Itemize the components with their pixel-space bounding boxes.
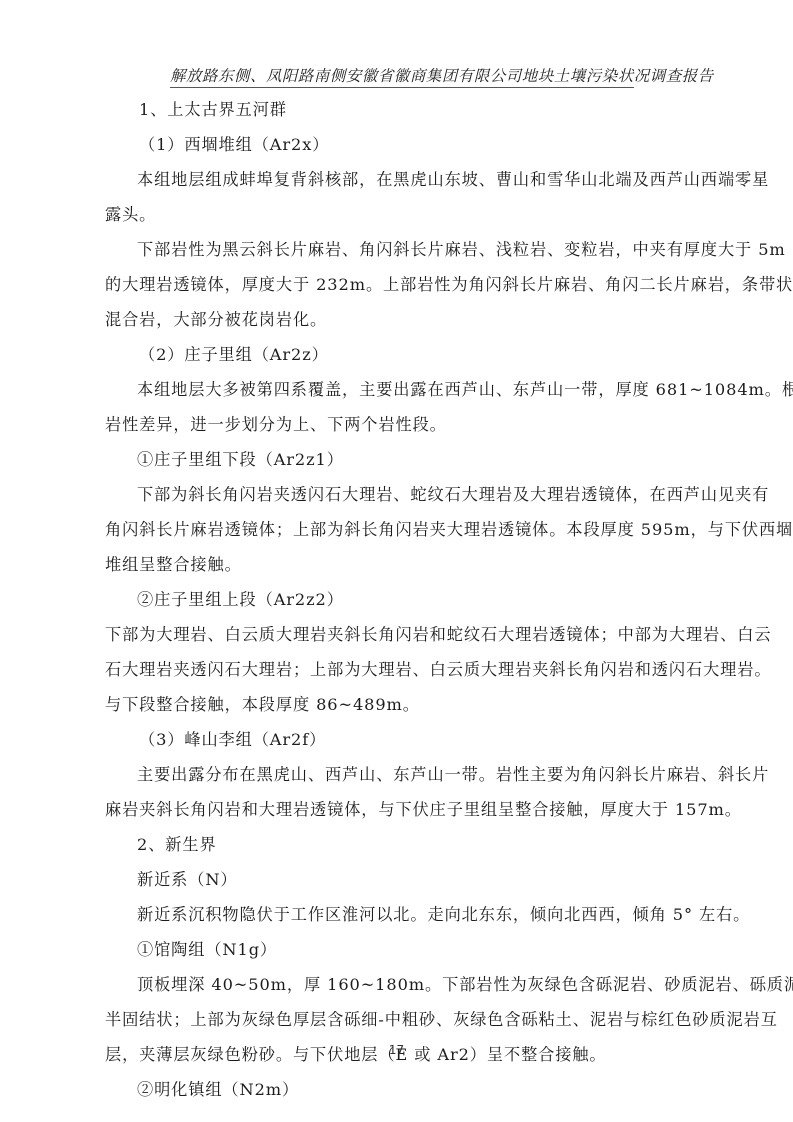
heading-fengshanli: （3）峰山李组（Ar2f） (139, 730, 326, 750)
heading-neogene: 新近系（N） (137, 870, 238, 890)
paragraph-line: 下部为斜长角闪岩夹透闪石大理岩、蛇纹石大理岩及大理岩透镜体，在西芦山见夹有 (137, 485, 769, 505)
paragraph-line: 角闪斜长片麻岩透镜体；上部为斜长角闪岩夹大理岩透镜体。本段厚度 595m，与下伏… (105, 520, 793, 540)
paragraph-line: 的大理岩透镜体，厚度大于 232m。上部岩性为角闪斜长片麻岩、角闪二长片麻岩，条… (105, 275, 793, 295)
heading-zhuangzili-lower: ①庄子里组下段（Ar2z1） (137, 450, 344, 470)
paragraph-line: 下部为大理岩、白云质大理岩夹斜长角闪岩和蛇纹石大理岩透镜体；中部为大理岩、白云 (105, 625, 771, 645)
heading-xiguodui: （1）西堌堆组（Ar2x） (139, 135, 329, 155)
page-number: 17 (0, 1043, 793, 1057)
paragraph-line: 与下段整合接触，本段厚度 86~489m。 (105, 695, 420, 715)
document-header: 解放路东侧、凤阳路南侧安徽省徽商集团有限公司地块土壤污染状况调查报告 (170, 64, 634, 88)
heading-guantao: ①馆陶组（N1g） (137, 940, 277, 960)
heading-section-2: 2、新生界 (137, 835, 217, 855)
heading-zhuangzili-upper: ②庄子里组上段（Ar2z2） (137, 590, 344, 610)
paragraph-line: 本组地层组成蚌埠复背斜核部，在黑虎山东坡、曹山和雪华山北端及西芦山西端零星 (137, 170, 769, 190)
heading-zhuangzili: （2）庄子里组（Ar2z） (139, 345, 329, 365)
paragraph-line: 新近系沉积物隐伏于工作区淮河以北。走向北东东，倾向北西西，倾角 5° 左右。 (137, 905, 750, 925)
paragraph-line: 露头。 (105, 205, 156, 225)
paragraph-line: 下部岩性为黑云斜长片麻岩、角闪斜长片麻岩、浅粒岩、变粒岩，中夹有厚度大于 5m (137, 240, 786, 260)
paragraph-line: 堆组呈整合接触。 (105, 555, 242, 575)
paragraph-line: 石大理岩夹透闪石大理岩；上部为大理岩、白云质大理岩夹斜长角闪岩和透闪石大理岩。 (105, 660, 771, 680)
paragraph-line: 半固结状；上部为灰绿色厚层含砾细-中粗砂、灰绿色含砾粘土、泥岩与棕红色砂质泥岩互 (105, 1010, 778, 1030)
paragraph-line: 顶板埋深 40~50m，厚 160~180m。下部岩性为灰绿色含砾泥岩、砂质泥岩… (137, 975, 793, 995)
heading-minghuazhen: ②明化镇组（N2m） (137, 1080, 299, 1100)
heading-section-1: 1、上太古界五河群 (139, 100, 287, 120)
paragraph-line: 混合岩，大部分被花岗岩化。 (105, 310, 327, 330)
paragraph-line: 主要出露分布在黑虎山、西芦山、东芦山一带。岩性主要为角闪斜长片麻岩、斜长片 (137, 765, 769, 785)
paragraph-line: 岩性差异，进一步划分为上、下两个岩性段。 (105, 415, 447, 435)
paragraph-line: 麻岩夹斜长角闪岩和大理岩透镜体，与下伏庄子里组呈整合接触，厚度大于 157m。 (105, 800, 742, 820)
paragraph-line: 本组地层大多被第四系覆盖，主要出露在西芦山、东芦山一带，厚度 681~1084m… (137, 380, 793, 400)
